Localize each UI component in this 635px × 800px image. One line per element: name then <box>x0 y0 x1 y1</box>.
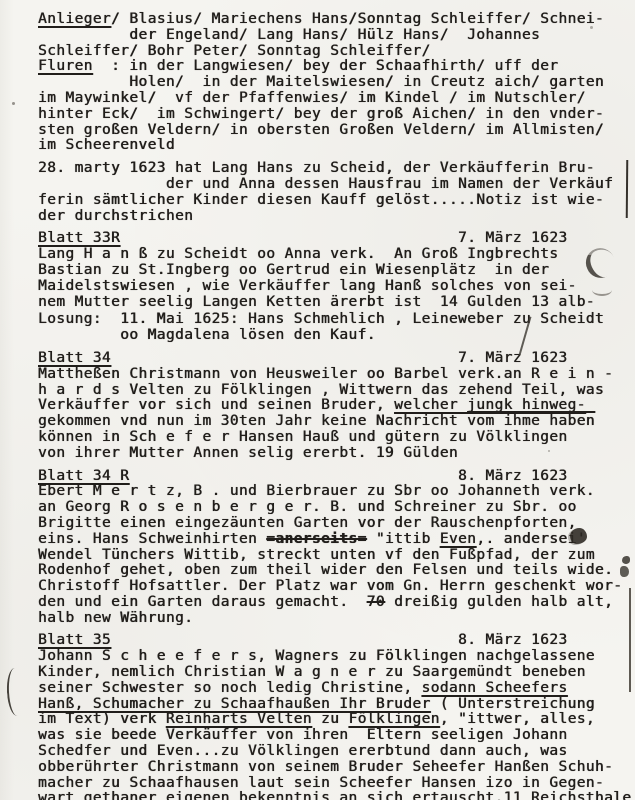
text-segment-u: Fluren <box>38 58 93 74</box>
text-segment-u: Anlieger <box>38 11 111 27</box>
text-line: der und Anna dessen Hausfrau im Namen de… <box>38 177 635 193</box>
text-segment: Holen/ in der Maitelswiesen/ in Creutz a… <box>38 74 604 90</box>
text-segment: 8. März 1623 <box>129 468 567 484</box>
text-segment: eins. Hans Schweinhirten <box>38 531 266 547</box>
text-segment: 28. marty 1623 hat Lang Hans zu Scheid, … <box>38 160 595 176</box>
text-segment: dreißig gulden halb alt, <box>385 594 613 610</box>
text-segment: zu <box>312 711 349 727</box>
text-line: h a r d s Velten zu Fölklingen , Wittwer… <box>38 383 635 399</box>
text-line: Blatt 33R 7. März 1623 <box>38 231 635 247</box>
entry-blatt-34: Blatt 34 7. März 1623Mattheßen Christman… <box>38 351 635 462</box>
text-line: im Maywinkel/ vf der Pfaffenwies/ im Kin… <box>38 91 635 107</box>
text-segment: Maidelstswiesen , wie Verkäuffer lang Ha… <box>38 278 577 294</box>
entry-blatt-34r: Blatt 34 R 8. März 1623Ebert M e r t z, … <box>38 469 635 627</box>
text-segment: 7. März 1623 <box>120 230 567 246</box>
text-line: Schedfer und Even...zu Völklingen ererbt… <box>38 744 635 760</box>
text-segment: oo Magdalena lösen den Kauf. <box>38 327 376 343</box>
text-segment-xb: =anerseits= <box>266 531 366 547</box>
text-segment-hu: Hanß, Schumacher zu Schaafhaußen Ihr Bru… <box>38 696 431 712</box>
document-page: Anlieger/ Blasius/ Mariechens Hans/Sonnt… <box>0 0 635 800</box>
text-segment-hu: sodann Scheefers <box>421 680 567 696</box>
text-segment: was sie beede Verkäuffer von ihren Elter… <box>38 727 568 743</box>
text-segment: von ihrer Mutter Annen selig ererbt. 19 … <box>38 445 458 461</box>
text-line: der Engeland/ Lang Hans/ Hülz Hans/ Joha… <box>38 28 635 44</box>
text-segment: der durchstrichen <box>38 208 193 224</box>
text-segment: gekommen vnd nun im 30ten Jahr keine Nac… <box>38 413 467 429</box>
text-segment: Johann S c h e e f e r s, Wagners zu Föl… <box>38 648 595 664</box>
text-line: den und ein Garten daraus gemacht. 70 dr… <box>38 595 635 611</box>
text-segment: nem Mutter seelig Langen Ketten ärerbt i… <box>38 294 595 310</box>
text-line: Maidelstswiesen , wie Verkäuffer lang Ha… <box>38 279 635 295</box>
text-segment: der Engeland/ Lang Hans/ Hülz Hans/ Joha… <box>38 27 540 43</box>
text-segment: Christoff Hofsattler. Der Platz war vom … <box>38 578 622 594</box>
text-line: Ebert M e r t z, B . und Bierbrauer zu S… <box>38 484 635 500</box>
text-segment: ferin sämtlicher Kinder diesen Kauff gel… <box>38 192 604 208</box>
text-segment: den und ein Garten daraus gemacht. <box>38 594 367 610</box>
note-28-marty-1623: 28. marty 1623 hat Lang Hans zu Scheid, … <box>38 161 635 224</box>
text-line: Lang H a n ß zu Scheidt oo Anna verk. An… <box>38 247 635 263</box>
text-line: was sie beede Verkäuffer von ihren Elter… <box>38 728 635 744</box>
text-segment-u: Blatt 33R <box>38 230 120 246</box>
text-segment: hinter Eck/ im Schwingert/ bey der groß … <box>38 106 604 122</box>
text-segment-u: Blatt 35 <box>38 632 111 648</box>
text-segment: / Blasius/ Mariechens Hans/Sonntag Schle… <box>111 11 604 27</box>
text-segment-hu: Even <box>440 531 477 547</box>
text-segment: Kinder, nemlich Christian W a g n e r zu… <box>38 664 586 680</box>
text-line: Blatt 35 8. März 1623 <box>38 633 635 649</box>
text-line: Kinder, nemlich Christian W a g n e r zu… <box>38 665 635 681</box>
text-segment: Losung: 11. Mai 1625: Hans Schmehlich , … <box>38 311 604 327</box>
text-line: Losung: 11. Mai 1625: Hans Schmehlich , … <box>38 312 635 328</box>
text-segment: Schedfer und Even...zu Völklingen ererbt… <box>38 743 568 759</box>
text-segment: h a r d s Velten zu Fölklingen , Wittwer… <box>38 382 604 398</box>
text-line: können in Sch e f e r Hansen Hauß und gü… <box>38 430 635 446</box>
text-segment: Schleiffer/ Bohr Peter/ Sonntag Schleiff… <box>38 43 431 59</box>
text-segment: im Maywinkel/ vf der Pfaffenwies/ im Kin… <box>38 90 586 106</box>
text-line: halb new Währung. <box>38 611 635 627</box>
text-line: Blatt 34 R 8. März 1623 <box>38 469 635 485</box>
scanned-document: { "page": { "paper_color": "#f5f4f0", "i… <box>0 0 635 800</box>
text-segment: seiner Schwester so noch ledig Christine… <box>38 680 421 696</box>
text-line: nem Mutter seelig Langen Ketten ärerbt i… <box>38 295 635 311</box>
text-segment: ( Unterstreichung <box>431 696 595 712</box>
text-line: Rodenhof gehet, oben zum theil wider den… <box>38 563 635 579</box>
text-segment: Mattheßen Christmann von Heusweiler oo B… <box>38 366 613 382</box>
text-segment: , "ittwer, alles, <box>440 711 595 727</box>
text-segment: an Georg R o s e n b e r g e r. B. und S… <box>38 499 577 515</box>
text-segment: ,. andersei' <box>476 531 586 547</box>
entry-blatt-33r: Blatt 33R 7. März 1623Lang H a n ß zu Sc… <box>38 231 635 344</box>
text-segment: Ebert M e r t z, B . und Bierbrauer zu S… <box>38 483 595 499</box>
text-line: Anlieger/ Blasius/ Mariechens Hans/Sonnt… <box>38 12 635 28</box>
text-segment: macher zu Schaafhausen laut sein Scheefe… <box>38 775 604 791</box>
text-line: sten großen Veldern/ in obersten Großen … <box>38 123 635 139</box>
text-segment: im Scheerenveld <box>38 137 175 153</box>
anlieger-fluren-list: Anlieger/ Blasius/ Mariechens Hans/Sonnt… <box>38 12 635 154</box>
text-line: seiner Schwester so noch ledig Christine… <box>38 681 635 697</box>
text-segment: 8. März 1623 <box>111 632 568 648</box>
text-line: Verkäuffer vor sich und seinen Bruder, w… <box>38 398 635 414</box>
text-segment: Brigitte einen eingezäunten Garten vor d… <box>38 515 577 531</box>
text-segment-o: vom ihme haben <box>467 413 595 429</box>
text-segment: sten großen Veldern/ in obersten Großen … <box>38 122 604 138</box>
text-segment: halb new Währung. <box>38 610 193 626</box>
text-segment: 7. März 1623 <box>111 350 568 366</box>
text-segment: wart gethaner eigenen bekenntnis an sich… <box>38 790 631 800</box>
text-line: eins. Hans Schweinhirten =anerseits= "it… <box>38 532 635 548</box>
text-line: ferin sämtlicher Kinder diesen Kauff gel… <box>38 193 635 209</box>
text-segment-hu: welcher jungk hinweg- <box>394 397 586 413</box>
text-line: von ihrer Mutter Annen selig ererbt. 19 … <box>38 446 635 462</box>
text-segment: können in Sch e f e r Hansen Hauß und gü… <box>38 429 568 445</box>
text-line: Mattheßen Christmann von Heusweiler oo B… <box>38 367 635 383</box>
text-line: oo Magdalena lösen den Kauf. <box>38 328 635 344</box>
text-segment: obberührter Christmann von seinem Bruder… <box>38 759 613 775</box>
text-line: Fluren : in der Langwiesen/ bey der Scha… <box>38 59 635 75</box>
text-line: gekommen vnd nun im 30ten Jahr keine Nac… <box>38 414 635 430</box>
text-line: obberührter Christmann von seinem Bruder… <box>38 760 635 776</box>
text-line: Johann S c h e e f e r s, Wagners zu Föl… <box>38 649 635 665</box>
text-segment: Lang H a n ß zu Scheidt oo Anna verk. An… <box>38 246 558 262</box>
text-segment-x: 70 <box>367 594 385 610</box>
text-line: Brigitte einen eingezäunten Garten vor d… <box>38 516 635 532</box>
text-segment: Bastian zu St.Ingberg oo Gertrud ein Wie… <box>38 262 549 278</box>
text-line: Bastian zu St.Ingberg oo Gertrud ein Wie… <box>38 263 635 279</box>
text-segment-u: Blatt 34 R <box>38 468 129 484</box>
text-segment: : in der Langwiesen/ bey der Schaafhirth… <box>93 58 559 74</box>
text-line: im Text) verk Reinharts Velten zu Fölkli… <box>38 712 635 728</box>
text-segment: Wendel Tünchers Wittib, streckt unten vf… <box>38 547 595 563</box>
text-segment: Rodenhof gehet, oben zum theil wider den… <box>38 562 613 578</box>
text-line: hinter Eck/ im Schwingert/ bey der groß … <box>38 107 635 123</box>
text-line: 28. marty 1623 hat Lang Hans zu Scheid, … <box>38 161 635 177</box>
text-line: Wendel Tünchers Wittib, streckt unten vf… <box>38 548 635 564</box>
text-line: Blatt 34 7. März 1623 <box>38 351 635 367</box>
entry-blatt-35: Blatt 35 8. März 1623Johann S c h e e f … <box>38 633 635 800</box>
text-line: wart gethaner eigenen bekenntnis an sich… <box>38 791 635 800</box>
text-segment-u: Blatt 34 <box>38 350 111 366</box>
text-segment: der und Anna dessen Hausfrau im Namen de… <box>38 176 613 192</box>
text-line: der durchstrichen <box>38 209 635 225</box>
text-line: im Scheerenveld <box>38 138 635 154</box>
text-line: an Georg R o s e n b e r g e r. B. und S… <box>38 500 635 516</box>
text-line: Holen/ in der Maitelswiesen/ in Creutz a… <box>38 75 635 91</box>
text-segment: im Text) verk <box>38 711 166 727</box>
text-segment: "ittib <box>367 531 440 547</box>
text-line: Christoff Hofsattler. Der Platz war vom … <box>38 579 635 595</box>
text-segment-hu: Fölklingen <box>348 711 439 727</box>
text-segment-hu: Reinharts Velten <box>166 711 312 727</box>
text-segment: Verkäuffer vor sich und seinen Bruder, <box>38 397 394 413</box>
